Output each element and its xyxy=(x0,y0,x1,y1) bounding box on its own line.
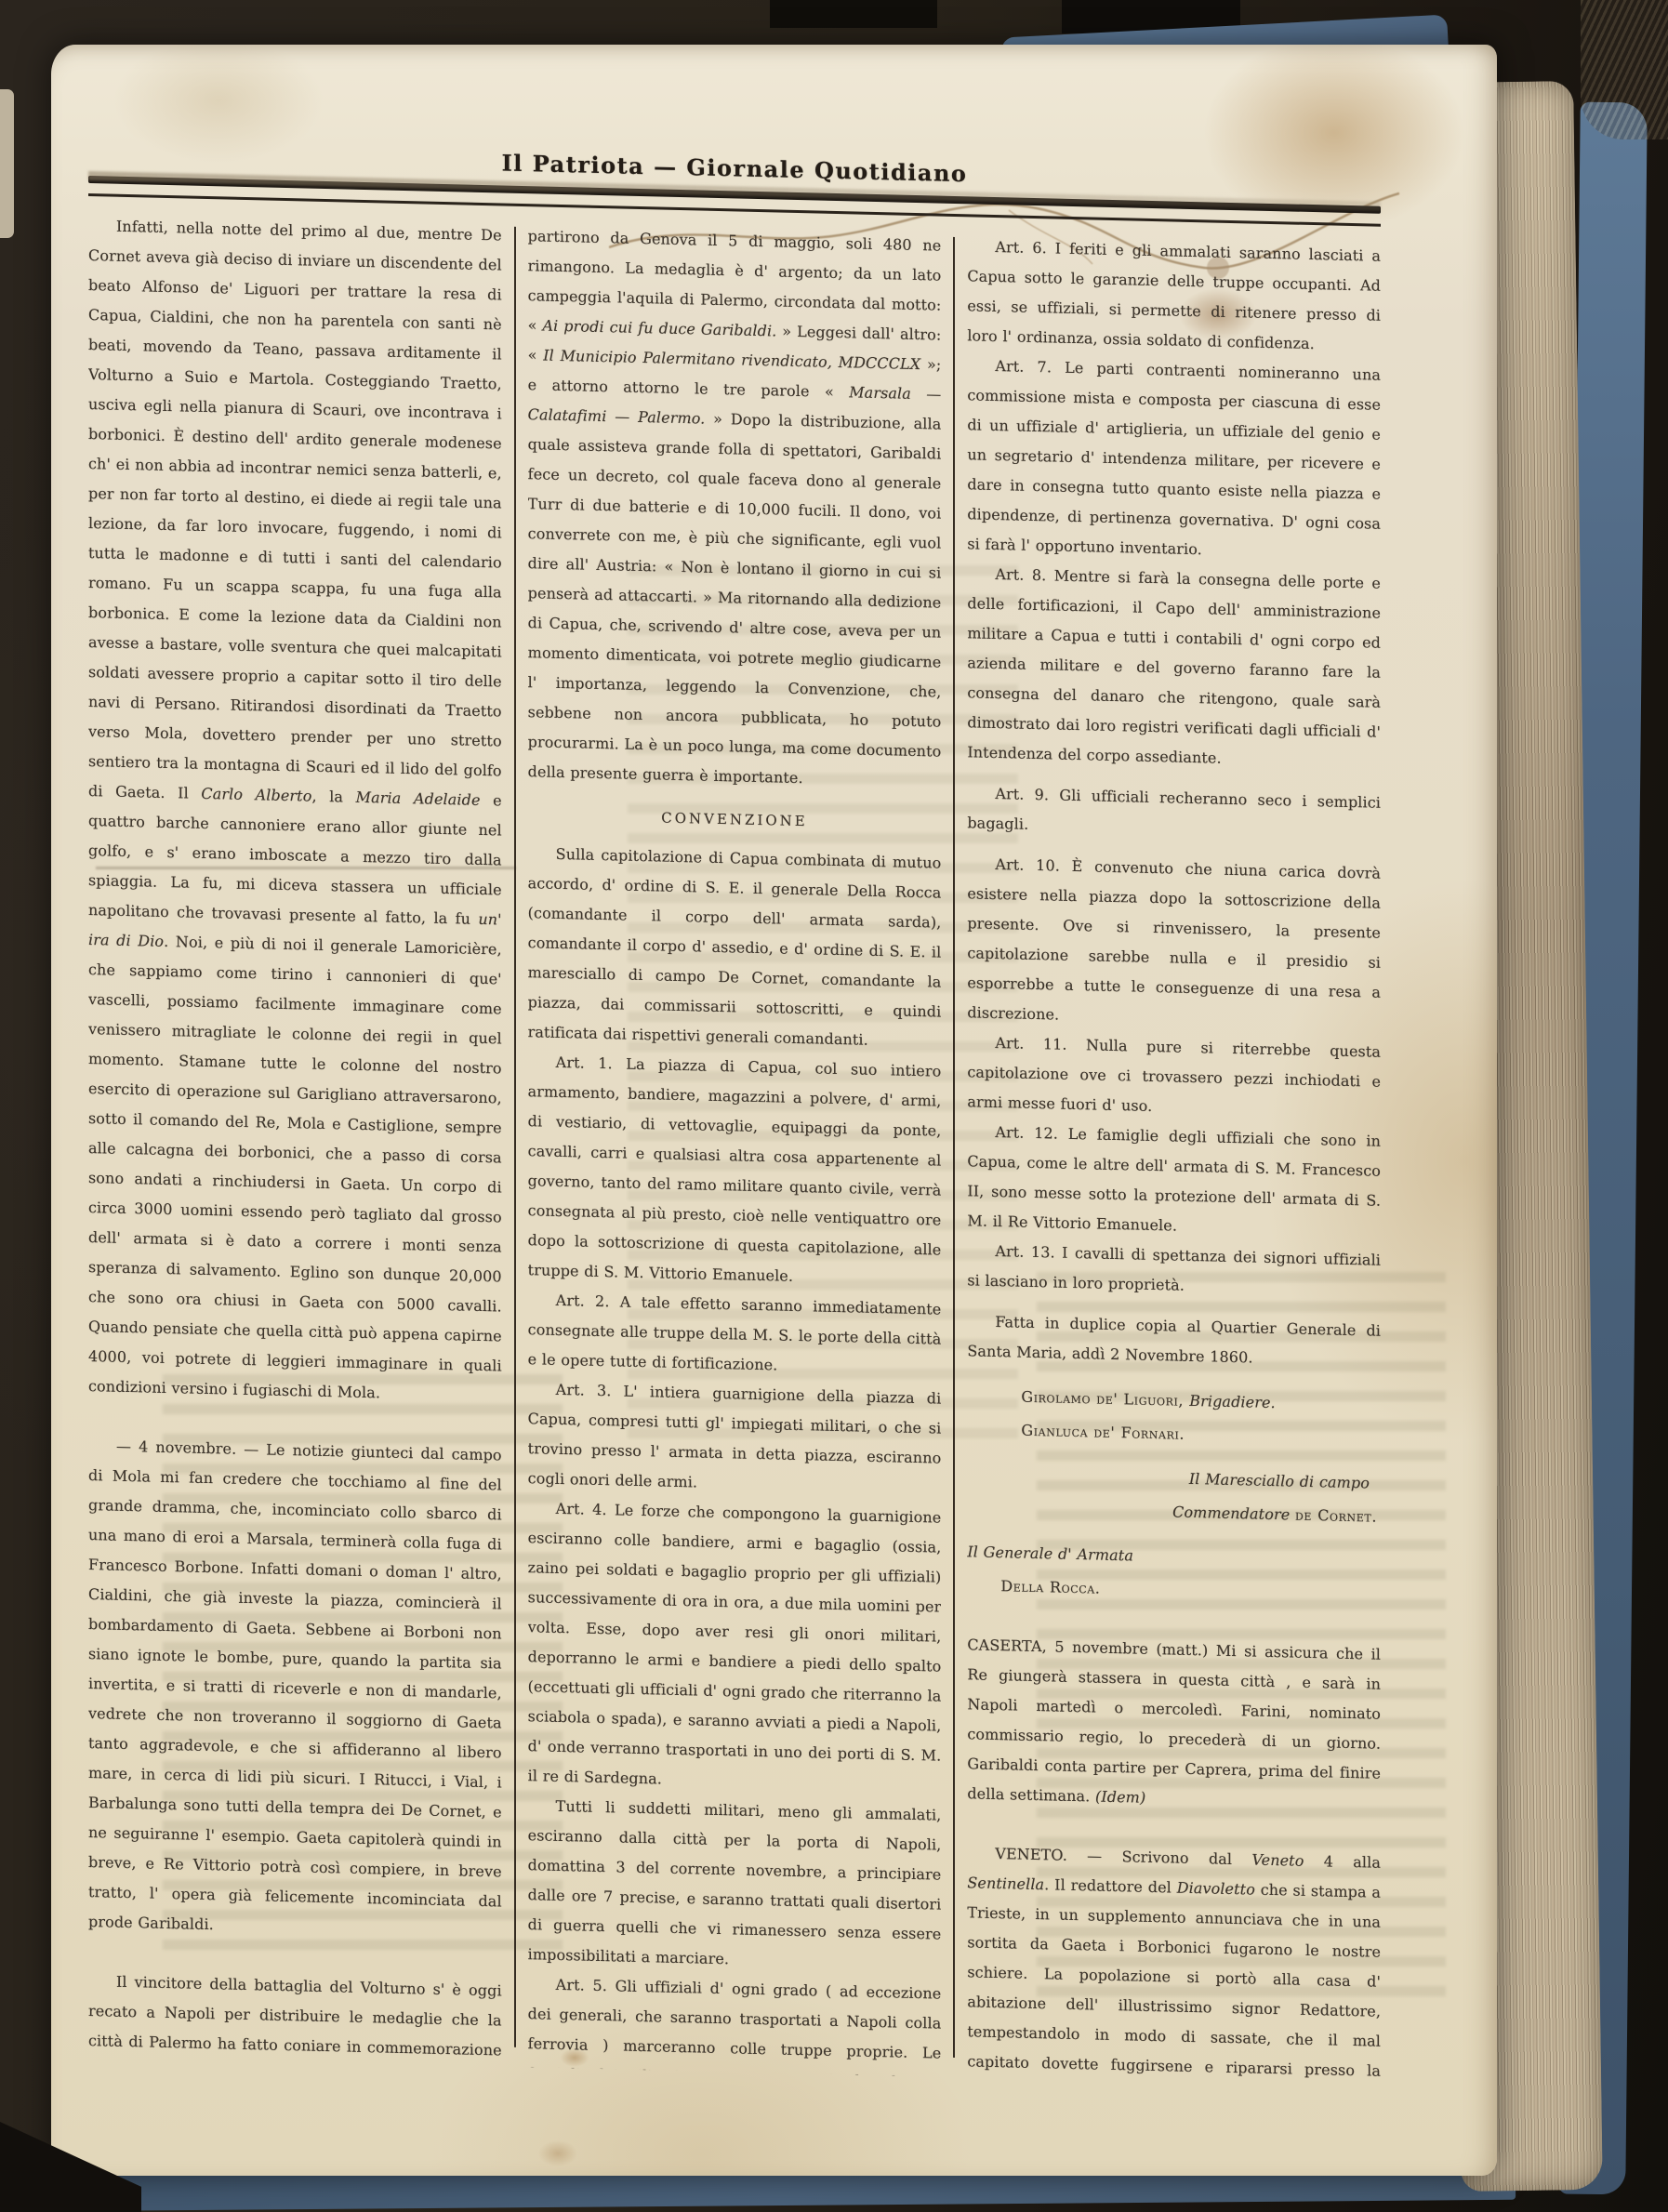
paragraph-art-5: Art. 5. Gli uffiziali d' ogni grado ( ad… xyxy=(528,1969,942,2076)
column-layout: Infatti, nella notte del primo al due, m… xyxy=(88,211,1381,2087)
paragraph-art-12: Art. 12. Le famiglie degli uffiziali che… xyxy=(967,1117,1381,1245)
paragraph-art-7: Art. 7. Le parti contraenti nomineranno … xyxy=(967,351,1381,568)
paragraph-col1-3: Il vincitore della battaglia del Volturn… xyxy=(88,1967,502,2066)
paragraph-art-4: Art. 4. Le forze che compongono la guarn… xyxy=(528,1493,942,1800)
page-content: Il Patriota — Giornale Quotidiano Infatt… xyxy=(88,138,1381,2087)
scanner-shadow-tab-left xyxy=(770,0,937,28)
paragraph-art-1: Art. 1. La piazza di Capua, col suo inti… xyxy=(528,1047,942,1294)
paragraph-col2-1: partirono da Genova il 5 di maggio, soli… xyxy=(528,221,942,796)
signature-role-maresciallo: Il Maresciallo di campo xyxy=(967,1459,1381,1498)
signature-role-generale: Il Generale d' Armata xyxy=(967,1537,1381,1576)
previous-page-sliver xyxy=(0,89,14,238)
paragraph-col1-1: Infatti, nella notte del primo al due, m… xyxy=(88,211,502,1411)
signature-fornari: Gianluca de' Fornari. xyxy=(967,1414,1381,1453)
newspaper-page: Il Patriota — Giornale Quotidiano Infatt… xyxy=(51,45,1497,2176)
paragraph-art-3: Art. 3. L' intiera guarnigione della pia… xyxy=(528,1374,942,1503)
paragraph-fatta: Fatta in duplice copia al Quartier Gener… xyxy=(967,1306,1381,1375)
paragraph-veneto: VENETO. — Scrivono dal Veneto 4 alla Sen… xyxy=(967,1838,1381,2086)
column-divider-1 xyxy=(514,227,516,2047)
paragraph-art-13: Art. 13. I cavalli di spettanza dei sign… xyxy=(967,1236,1381,1305)
column-2: partirono da Genova il 5 di maggio, soli… xyxy=(528,221,942,2076)
page-corner-curl xyxy=(1581,0,1668,139)
column-divider-2 xyxy=(953,237,955,2058)
paragraph-col2-military: Tutti li suddetti militari, meno gli amm… xyxy=(528,1791,942,1979)
paragraph-art-8: Art. 8. Mentre si farà la consegna delle… xyxy=(967,559,1381,776)
section-heading-convenzione: CONVENZIONE xyxy=(528,800,942,839)
paragraph-art-2: Art. 2. A tale effetto saranno immediata… xyxy=(528,1285,942,1384)
paragraph-col1-2: — 4 novembre. — Le notizie giunteci dal … xyxy=(88,1431,502,1946)
paragraph-caserta: CASERTA, 5 novembre (matt.) Mi si assicu… xyxy=(967,1630,1381,1818)
signature-della-rocca: Della Rocca. xyxy=(967,1570,1381,1609)
column-3: Art. 6. I feriti e gli ammalati saranno … xyxy=(967,232,1381,2086)
paragraph-art-6: Art. 6. I feriti e gli ammalati saranno … xyxy=(967,232,1381,360)
paragraph-art-10: Art. 10. È convenuto che niuna carica do… xyxy=(967,849,1381,1037)
signature-liguori: Girolamo de' Liguori, Brigadiere. xyxy=(967,1381,1381,1420)
signature-de-cornet: Commendatore de Cornet. xyxy=(967,1492,1381,1531)
column-1: Infatti, nella notte del primo al due, m… xyxy=(88,211,502,2066)
paragraph-art-9: Art. 9. Gli ufficiali recheranno seco i … xyxy=(967,778,1381,847)
paragraph-art-11: Art. 11. Nulla pure si riterrebbe questa… xyxy=(967,1027,1381,1126)
paragraph-col2-2: Sulla capitolazione di Capua combinata d… xyxy=(528,839,942,1056)
